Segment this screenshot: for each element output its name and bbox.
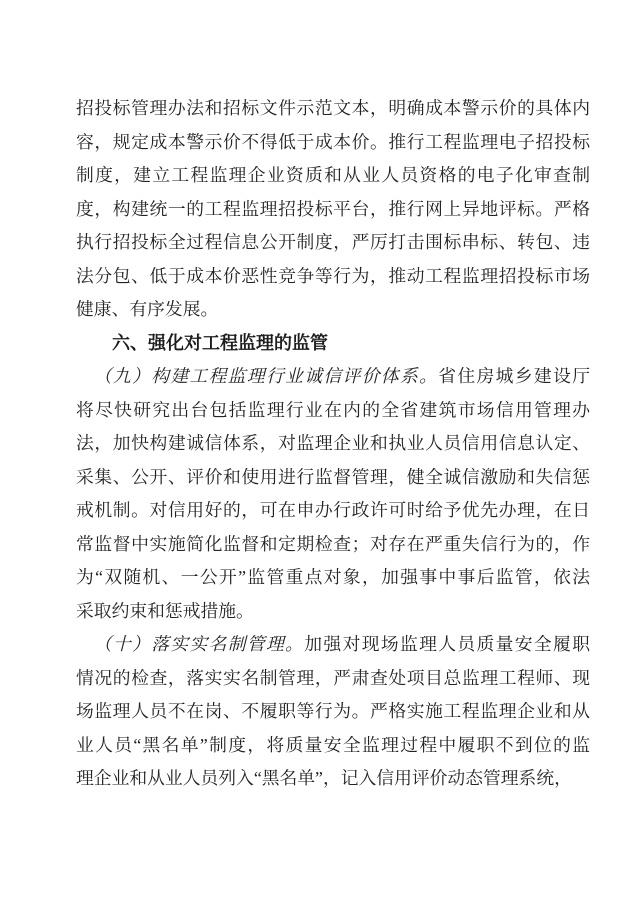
document-page: 招投标管理办法和招标文件示范文本，明确成本警示价的具体内 容，规定成本警示价不得…	[0, 0, 643, 911]
document-body: 招投标管理办法和招标文件示范文本，明确成本警示价的具体内 容，规定成本警示价不得…	[76, 92, 590, 796]
paragraph2-line7: 为“双随机、一公开”监管重点对象，加强事中事后监管，依法	[76, 561, 590, 595]
paragraph1-line7: 健康、有序发展。	[76, 293, 590, 327]
paragraph2-line6: 常监督中实施简化监督和定期检查；对存在严重失信行为的，作	[76, 528, 590, 562]
paragraph2-line8: 采取约束和惩戒措施。	[76, 595, 590, 629]
paragraph1-line3: 制度，建立工程监理企业资质和从业人员资格的电子化审查制	[76, 159, 590, 193]
paragraph2-line4: 采集、公开、评价和使用进行监督管理，健全诚信激励和失信惩	[76, 461, 590, 495]
paragraph1-line1: 招投标管理办法和招标文件示范文本，明确成本警示价的具体内	[76, 92, 590, 126]
paragraph3-line2: 情况的检查，落实实名制管理，严肃查处项目总监理工程师、现	[76, 662, 590, 696]
paragraph2-lead: （九）构建工程监理行业诚信评价体系。	[94, 366, 438, 386]
paragraph2-line2: 将尽快研究出台包括监理行业在内的全省建筑市场信用管理办	[76, 394, 590, 428]
section-heading: 六、强化对工程监理的监管	[76, 327, 590, 361]
paragraph2-line1-rest: 省住房城乡建设厅	[438, 366, 590, 386]
paragraph2-line5: 戒机制。对信用好的，可在申办行政许可时给予优先办理，在日	[76, 494, 590, 528]
paragraph3-line5: 理企业和从业人员列入“黑名单”，记入信用评价动态管理系统，	[76, 762, 590, 796]
paragraph3-line1: （十）落实实名制管理。加强对现场监理人员质量安全履职	[76, 628, 590, 662]
paragraph1-line6: 法分包、低于成本价恶性竞争等行为，推动工程监理招投标市场	[76, 260, 590, 294]
paragraph1-line5: 执行招投标全过程信息公开制度，严厉打击围标串标、转包、违	[76, 226, 590, 260]
paragraph3-line1-rest: 加强对现场监理人员质量安全履职	[304, 634, 590, 654]
paragraph2-line3: 法，加快构建诚信体系，对监理企业和执业人员信用信息认定、	[76, 427, 590, 461]
paragraph2-line1: （九）构建工程监理行业诚信评价体系。省住房城乡建设厅	[76, 360, 590, 394]
paragraph3-line3: 场监理人员不在岗、不履职等行为。严格实施工程监理企业和从	[76, 695, 590, 729]
paragraph1-line4: 度，构建统一的工程监理招投标平台，推行网上异地评标。严格	[76, 193, 590, 227]
paragraph3-lead: （十）落实实名制管理。	[94, 634, 305, 654]
paragraph1-line2: 容，规定成本警示价不得低于成本价。推行工程监理电子招投标	[76, 126, 590, 160]
paragraph3-line4: 业人员“黑名单”制度，将质量安全监理过程中履职不到位的监	[76, 729, 590, 763]
